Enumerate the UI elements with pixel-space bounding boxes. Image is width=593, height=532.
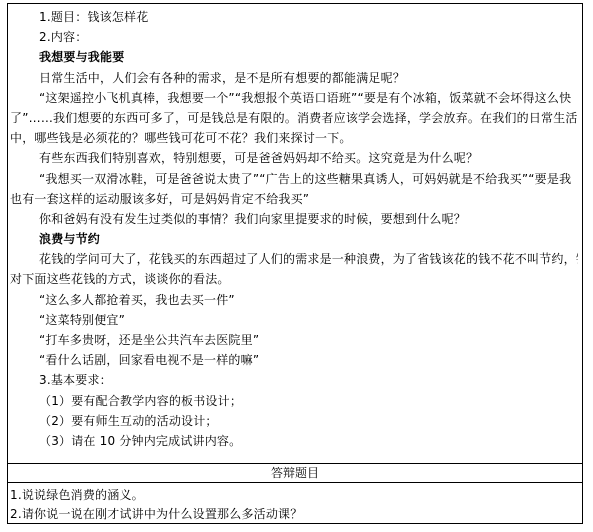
qa-header-row: 答辩题目	[8, 463, 582, 483]
document-table: 1.题目：钱该怎样花 2.内容： 我想要与我能要 日常生活中，人们会有各种的需求…	[7, 3, 583, 524]
content-label: 2.内容：	[10, 27, 578, 47]
qa-question: 2.请你说一说在刚才试讲中为什么设置那么多活动课？	[10, 505, 578, 524]
requirements-label: 3.基本要求：	[10, 370, 578, 390]
paragraph-line: 了”……我们想要的东西可多了，可是钱总是有限的。消费者应该学会选择，学会放弃。在…	[10, 108, 578, 128]
requirement-item: （3）请在 10 分钟内完成试讲内容。	[10, 431, 578, 451]
quote-line: “打车多贵呀，还是坐公共汽车去医院里”	[10, 330, 578, 350]
paragraph-line: 也有一套这样的运动服该多好，可是妈妈肯定不给我买”	[10, 189, 578, 209]
qa-question: 1.说说绿色消费的涵义。	[10, 486, 578, 505]
paragraph-line: “这架遥控小飞机真棒，我想要一个”“我想报个英语口语班”“要是有个冰箱，饭菜就不…	[10, 88, 578, 108]
paragraph-line: 对下面这些花钱的方式，谈谈你的看法。	[10, 269, 578, 289]
paragraph-line: 日常生活中，人们会有各种的需求，是不是所有想要的都能满足呢？	[10, 68, 578, 88]
section-heading-want-vs-can: 我想要与我能要	[10, 47, 578, 67]
lecture-content-cell: 1.题目：钱该怎样花 2.内容： 我想要与我能要 日常生活中，人们会有各种的需求…	[8, 4, 582, 463]
topic-line: 1.题目：钱该怎样花	[10, 7, 578, 27]
qa-header-title: 答辩题目	[271, 466, 319, 480]
quote-line: “这菜特别便宜”	[10, 310, 578, 330]
paragraph-line: 有些东西我们特别喜欢，特别想要，可是爸爸妈妈却不给买。这究竟是为什么呢？	[10, 148, 578, 168]
quote-line: “这么多人都抢着买，我也去买一件”	[10, 290, 578, 310]
qa-questions-cell: 1.说说绿色消费的涵义。 2.请你说一说在刚才试讲中为什么设置那么多活动课？	[8, 484, 582, 524]
requirement-item: （1）要有配合教学内容的板书设计；	[10, 391, 578, 411]
paragraph-line: 花钱的学问可大了，花钱买的东西超过了人们的需求是一种浪费，为了省钱该花的钱不花不…	[10, 249, 578, 269]
paragraph-line: 中，哪些钱是必须花的？哪些钱可花可不花？我们来探讨一下。	[10, 128, 578, 148]
section-heading-waste-vs-saving: 浪费与节约	[10, 229, 578, 249]
paragraph-line: “我想买一双滑冰鞋，可是爸爸说太贵了”“广告上的这些糖果真诱人，可妈妈就是不给我…	[10, 169, 578, 189]
quote-line: “看什么话剧，回家看电视不是一样的嘛”	[10, 350, 578, 370]
paragraph-line: 你和爸妈有没有发生过类似的事情？我们向家里提要求的时候，要想到什么呢？	[10, 209, 578, 229]
requirement-item: （2）要有师生互动的活动设计；	[10, 411, 578, 431]
